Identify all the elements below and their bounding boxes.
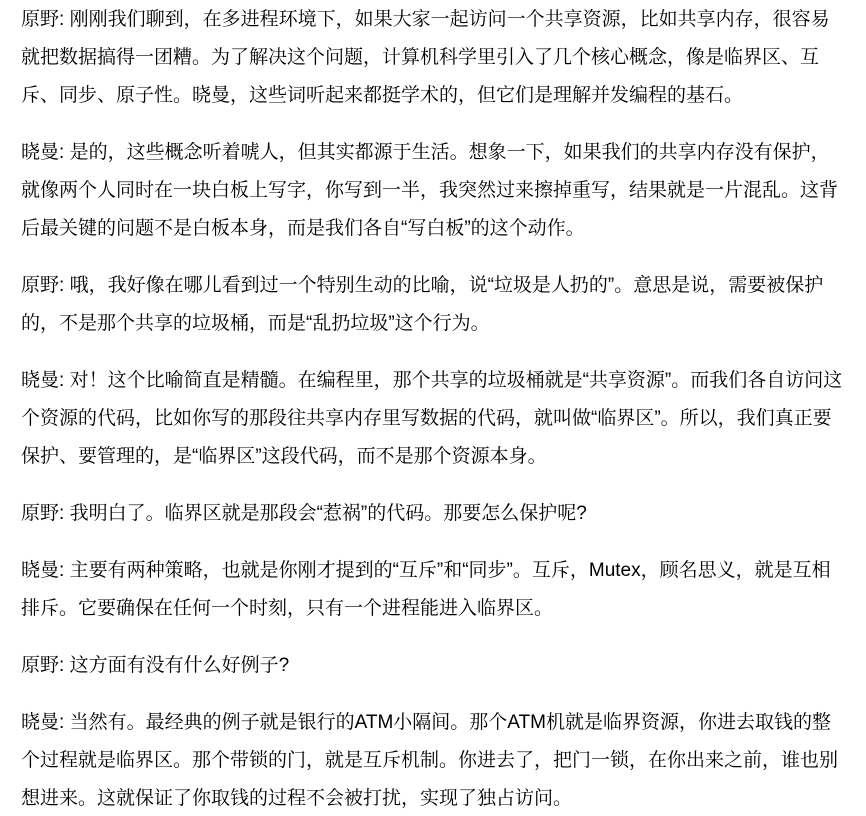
speaker-separator: :: [59, 9, 70, 30]
dialogue-text: 这方面有没有什么好例子?: [70, 655, 290, 676]
speaker-name: 晓曼: [21, 142, 59, 163]
speaker-separator: :: [59, 142, 70, 163]
dialogue-transcript: 原野: 刚刚我们聊到，在多进程环境下，如果大家一起访问一个共享资源，比如共享内存…: [0, 0, 866, 816]
speaker-separator: :: [59, 370, 70, 391]
dialogue-text: 当然有。最经典的例子就是银行的ATM小隔间。那个ATM机就是临界资源，你进去取钱…: [21, 712, 838, 809]
dialogue-paragraph: 原野: 我明白了。临界区就是那段会“惹祸”的代码。那要怎么保护呢?: [21, 495, 846, 533]
dialogue-paragraph: 晓曼: 当然有。最经典的例子就是银行的ATM小隔间。那个ATM机就是临界资源，你…: [21, 704, 846, 816]
speaker-name: 原野: [21, 503, 59, 524]
speaker-name: 原野: [21, 275, 59, 296]
speaker-separator: :: [59, 712, 70, 733]
dialogue-paragraph: 晓曼: 主要有两种策略，也就是你刚才提到的“互斥”和“同步”。互斥，Mutex，…: [21, 552, 846, 628]
speaker-name: 原野: [21, 655, 59, 676]
dialogue-paragraph: 晓曼: 对！这个比喻简直是精髓。在编程里，那个共享的垃圾桶就是“共享资源”。而我…: [21, 362, 846, 476]
dialogue-text: 是的，这些概念听着唬人，但其实都源于生活。想象一下，如果我们的共享内存没有保护，…: [21, 142, 838, 239]
dialogue-text: 主要有两种策略，也就是你刚才提到的“互斥”和“同步”。互斥，Mutex，顾名思义…: [21, 560, 831, 619]
dialogue-text: 对！这个比喻简直是精髓。在编程里，那个共享的垃圾桶就是“共享资源”。而我们各自访…: [21, 370, 842, 467]
dialogue-text: 我明白了。临界区就是那段会“惹祸”的代码。那要怎么保护呢?: [70, 503, 587, 524]
speaker-separator: :: [59, 275, 70, 296]
speaker-name: 晓曼: [21, 560, 59, 581]
dialogue-paragraph: 原野: 这方面有没有什么好例子?: [21, 647, 846, 685]
dialogue-paragraph: 原野: 哦，我好像在哪儿看到过一个特别生动的比喻，说“垃圾是人扔的”。意思是说，…: [21, 267, 846, 343]
speaker-name: 晓曼: [21, 712, 59, 733]
speaker-separator: :: [59, 560, 70, 581]
speaker-separator: :: [59, 655, 70, 676]
dialogue-text: 刚刚我们聊到，在多进程环境下，如果大家一起访问一个共享资源，比如共享内存，很容易…: [21, 9, 830, 106]
speaker-separator: :: [59, 503, 70, 524]
speaker-name: 原野: [21, 9, 59, 30]
dialogue-paragraph: 晓曼: 是的，这些概念听着唬人，但其实都源于生活。想象一下，如果我们的共享内存没…: [21, 134, 846, 248]
speaker-name: 晓曼: [21, 370, 59, 391]
dialogue-paragraph: 原野: 刚刚我们聊到，在多进程环境下，如果大家一起访问一个共享资源，比如共享内存…: [21, 1, 846, 115]
dialogue-text: 哦，我好像在哪儿看到过一个特别生动的比喻，说“垃圾是人扔的”。意思是说，需要被保…: [21, 275, 823, 334]
